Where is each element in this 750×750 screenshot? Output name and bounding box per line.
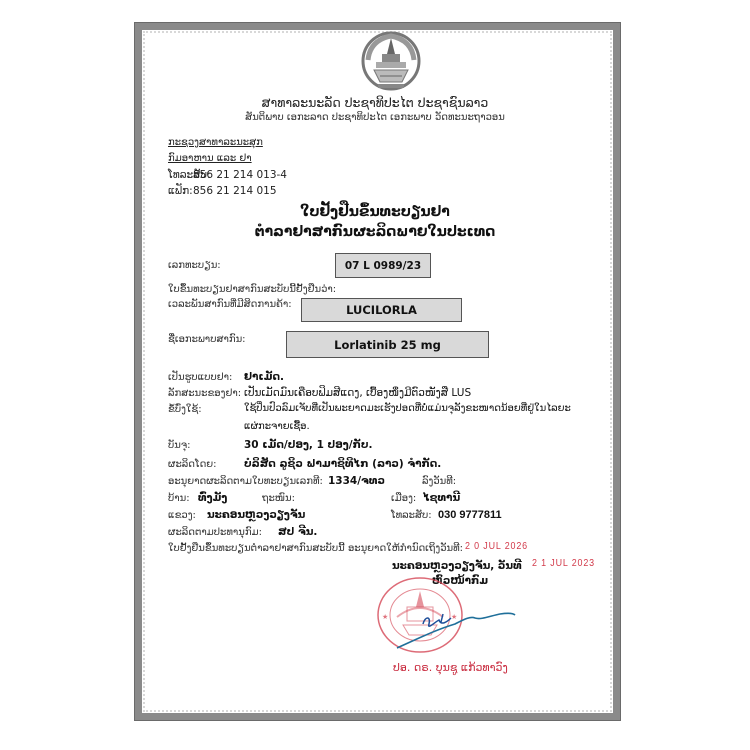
district: ໄຊທານີ xyxy=(423,492,460,504)
signature-icon xyxy=(395,600,525,655)
province: ນະຄອນຫຼວງວຽງຈັນ xyxy=(207,509,305,521)
signatory-name: ປອ. ດຣ. ບຸນຊູ ແກ້ວທາວົງ xyxy=(393,661,508,674)
company-phone: 030 9777811 xyxy=(438,509,502,521)
pharmacopeia-standard: ສປ ຈີນ. xyxy=(278,526,317,538)
expiry-date-stamp: 2 0 JUL 2026 xyxy=(465,540,528,552)
dosage-form: ຢາເມັດ. xyxy=(244,371,284,383)
pack-size: 30 ເມັດ/ປອງ, 1 ປອງ/ກັບ. xyxy=(244,439,373,451)
department-name: ກົມອາຫານ ແລະ ຢາ xyxy=(168,153,252,164)
indication: ໃຊ້ປິ່ນປົວລົມເຈັບທີ່ເປັນພະຍາດມະເຮັງປອດທີ… xyxy=(244,403,571,414)
ministry-name: ກະຊວງສາທາລະນະສຸກ xyxy=(168,137,263,148)
issuer-fax-label: ແຟັກ: xyxy=(168,185,193,197)
generic-name: Lorlatinib 25 mg xyxy=(286,331,489,358)
issuer-phone: 856 21 214 013-4 xyxy=(193,169,287,181)
validity-statement: ໃບຢັ້ງຢືນຂຶ້ນທະບຽນຕຳລາຢາສາກົນສະບັບນີ້ ອະ… xyxy=(168,543,463,554)
pack-label: ບັນຈຸ: xyxy=(168,440,191,451)
issue-place-date: ນະຄອນຫຼວງວຽງຈັນ, ວັນທີ xyxy=(392,560,522,572)
issuer-fax: 856 21 214 015 xyxy=(193,185,277,197)
brand-label: ເວລະພັນສາກົນທີ່ມີສິດການຄ້າ: xyxy=(168,299,292,310)
manufacturer-label: ຜະລິດໂດຍ: xyxy=(168,459,217,470)
national-motto: ສັນຕິພາບ ເອກະລາດ ປະຊາທິປະໄຕ ເອກະພາບ ວັດທ… xyxy=(0,112,750,123)
description: ເປັນເມັດມົນເຄືອບຟິມສີແດງ, ເບື້ອງໜຶ່ງມີຕົ… xyxy=(244,387,471,399)
dosage-form-label: ເປັນຮູບແບບຢາ: xyxy=(168,372,232,383)
license-label: ອະນຸຍາດຜະລິດຕາມໃບທະບຽນເລກທີ: xyxy=(168,476,323,487)
generic-label: ຊື່ເອກະພາບສາກົນ: xyxy=(168,334,246,345)
brand-name: LUCILORLA xyxy=(301,298,462,322)
indication-continued: ແຜ່ກະຈາຍເຊື້ອ. xyxy=(244,421,310,432)
description-label: ລັກສະນະຂອງຢາ: xyxy=(168,388,241,399)
manufacturer: ບໍລິສັດ ລູຊິວ ຟາມາຊິທິໄກ (ລາວ) ຈຳກັດ. xyxy=(244,458,441,470)
issue-date-stamp: 2 1 JUL 2023 xyxy=(532,557,595,569)
standard-label: ຜະລິດຕາມປະທານຸກົມ: xyxy=(168,527,262,538)
certificate-subtitle: ຕຳລາຢາສາກົນຜະລິດພາຍໃນປະເທດ xyxy=(0,224,750,240)
registration-number: 07 L 0989/23 xyxy=(335,253,431,278)
company-phone-label: ໂທລະສັບ: xyxy=(391,510,432,521)
license-number: 1334/ຈທວ xyxy=(328,475,385,487)
province-label: ແຂວງ: xyxy=(168,510,196,521)
indication-label: ຂໍ້ບົ່ງໃຊ້: xyxy=(168,404,202,415)
registration-label: ເລກທະບຽນ: xyxy=(168,260,221,271)
certify-statement: ໃບຂຶ້ນທະບຽນຢາສາກົນສະບັບນີ້ຢັ້ງຢືນວ່າ: xyxy=(168,284,336,295)
country-name: ສາທາລະນະລັດ ປະຊາທິປະໄຕ ປະຊາຊົນລາວ xyxy=(0,95,750,110)
certificate-title: ໃບຢັ້ງຢືນຂຶ້ນທະບຽນຢາ xyxy=(0,204,750,220)
national-emblem-icon xyxy=(360,30,422,92)
district-label: ເມືອງ: xyxy=(391,493,416,504)
street-label: ຖະໜົນ: xyxy=(262,493,295,504)
svg-text:★: ★ xyxy=(382,613,388,621)
village: ທົ່ງມັງ xyxy=(198,492,227,504)
village-label: ບ້ານ: xyxy=(168,493,190,504)
license-date-label: ລົງວັນທີ: xyxy=(422,476,456,487)
